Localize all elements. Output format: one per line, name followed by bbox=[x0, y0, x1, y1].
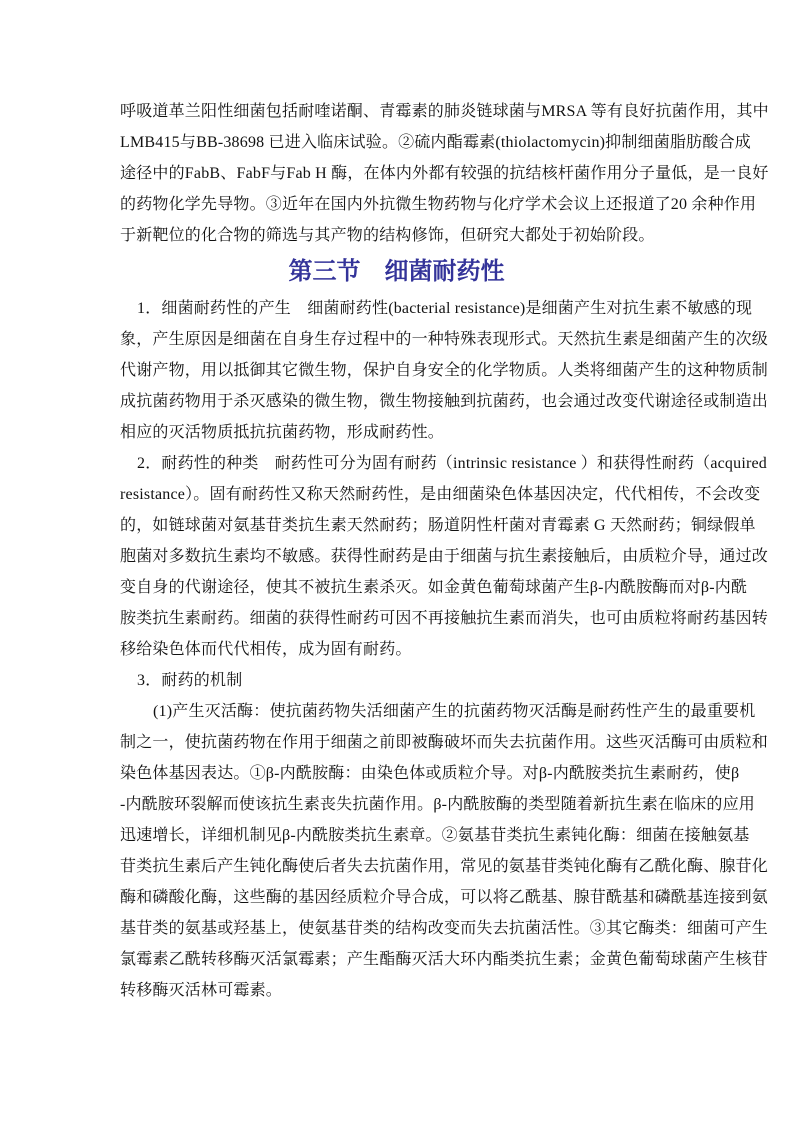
body-text-line: 的，如链球菌对氨基苷类抗生素天然耐药；肠道阴性杆菌对青霉素 G 天然耐药；铜绿假… bbox=[120, 510, 673, 541]
body-text-line: 移给染色体而代代相传，成为固有耐药。 bbox=[120, 634, 673, 665]
body-text-line: 相应的灭活物质抵抗抗菌药物，形成耐药性。 bbox=[120, 417, 673, 448]
body-text-line: LMB415与BB-38698 已进入临床试验。②硫内酯霉素(thiolacto… bbox=[120, 127, 673, 158]
body-text-line: 成抗菌药物用于杀灭感染的微生物，微生物接触到抗菌药，也会通过改变代谢途径或制造出 bbox=[120, 386, 673, 417]
body-text-line: 象，产生原因是细菌在自身生存过程中的一种特殊表现形式。天然抗生素是细菌产生的次级 bbox=[120, 324, 673, 355]
body-text-line: 苷类抗生素后产生钝化酶使后者失去抗菌作用，常见的氨基苷类钝化酶有乙酰化酶、腺苷化 bbox=[120, 851, 673, 882]
body-text-line: 胞菌对多数抗生素均不敏感。获得性耐药是由于细菌与抗生素接触后，由质粒介导，通过改 bbox=[120, 541, 673, 572]
body-text-line: 转移酶灭活林可霉素。 bbox=[120, 975, 673, 1006]
body-text-line: 于新靶位的化合物的筛选与其产物的结构修饰，但研究大都处于初始阶段。 bbox=[120, 220, 673, 251]
body-text-line: 酶和磷酸化酶，这些酶的基因经质粒介导合成，可以将乙酰基、腺苷酰基和磷酰基连接到氨 bbox=[120, 882, 673, 913]
section-heading: 第三节 细菌耐药性 bbox=[120, 251, 673, 293]
body-text-line: 氯霉素乙酰转移酶灭活氯霉素；产生酯酶灭活大环内酯类抗生素；金黄色葡萄球菌产生核苷 bbox=[120, 944, 673, 975]
document-page: 呼吸道革兰阳性细菌包括耐喹诺酮、青霉素的肺炎链球菌与MRSA 等有良好抗菌作用，… bbox=[0, 0, 793, 1122]
body-text-line: -内酰胺环裂解而使该抗生素丧失抗菌作用。β-内酰胺酶的类型随着新抗生素在临床的应… bbox=[120, 789, 673, 820]
body-text-line: 胺类抗生素耐药。细菌的获得性耐药可因不再接触抗生素而消失，也可由质粒将耐药基因转 bbox=[120, 603, 673, 634]
body-text-line: 2．耐药性的种类 耐药性可分为固有耐药（intrinsic resistance… bbox=[120, 448, 673, 479]
body-text-line: 变自身的代谢途径，使其不被抗生素杀灭。如金黄色葡萄球菌产生β-内酰胺酶而对β-内… bbox=[120, 572, 673, 603]
body-text-line: 迅速增长，详细机制见β-内酰胺类抗生素章。②氨基苷类抗生素钝化酶：细菌在接触氨基 bbox=[120, 820, 673, 851]
body-text-line: 基苷类的氨基或羟基上，使氨基苷类的结构改变而失去抗菌活性。③其它酶类：细菌可产生 bbox=[120, 913, 673, 944]
body-text-line: 途径中的FabB、FabF与Fab H 酶，在体内外都有较强的抗结核杆菌作用分子… bbox=[120, 158, 673, 189]
body-text-line: 制之一，使抗菌药物在作用于细菌之前即被酶破坏而失去抗菌作用。这些灭活酶可由质粒和 bbox=[120, 727, 673, 758]
body-text-line: 染色体基因表达。①β-内酰胺酶：由染色体或质粒介导。对β-内酰胺类抗生素耐药，使… bbox=[120, 758, 673, 789]
document-text-column: 呼吸道革兰阳性细菌包括耐喹诺酮、青霉素的肺炎链球菌与MRSA 等有良好抗菌作用，… bbox=[120, 96, 673, 1006]
body-text-line: 1．细菌耐药性的产生 细菌耐药性(bacterial resistance)是细… bbox=[120, 293, 673, 324]
body-text-line: 代谢产物，用以抵御其它微生物，保护自身安全的化学物质。人类将细菌产生的这种物质制 bbox=[120, 355, 673, 386]
body-text-line: 3．耐药的机制 bbox=[120, 665, 673, 696]
body-text-line: 的药物化学先导物。③近年在国内外抗微生物药物与化疗学术会议上还报道了20 余种作… bbox=[120, 189, 673, 220]
body-text-line: (1)产生灭活酶：使抗菌药物失活细菌产生的抗菌药物灭活酶是耐药性产生的最重要机 bbox=[120, 696, 673, 727]
body-text-line: resistance）。固有耐药性又称天然耐药性，是由细菌染色体基因决定，代代相… bbox=[120, 479, 673, 510]
body-text-line: 呼吸道革兰阳性细菌包括耐喹诺酮、青霉素的肺炎链球菌与MRSA 等有良好抗菌作用，… bbox=[120, 96, 673, 127]
